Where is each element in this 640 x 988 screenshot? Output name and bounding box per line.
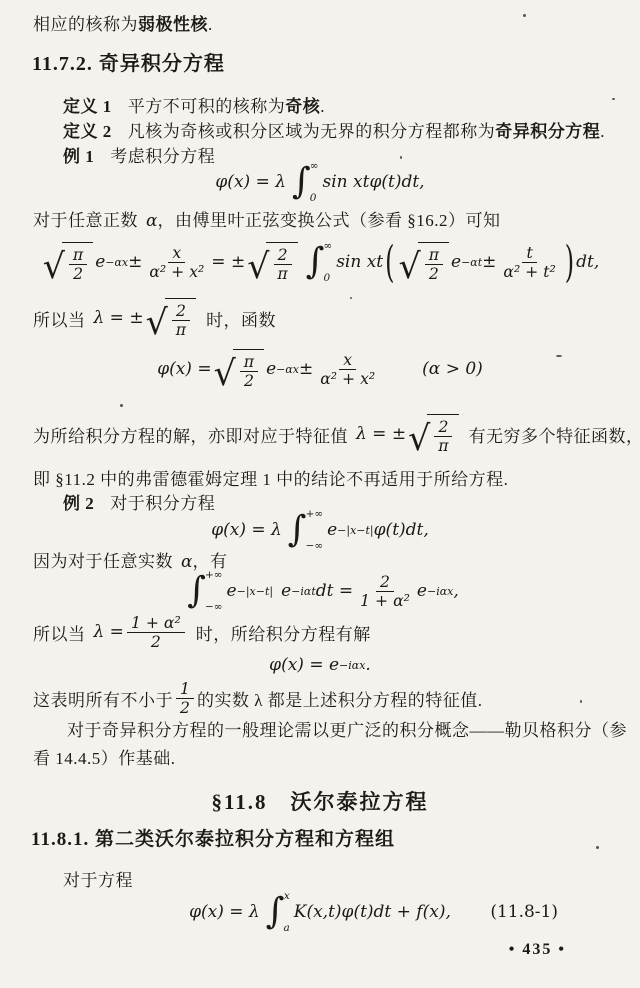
- fraction-numerator: x: [339, 351, 356, 370]
- math-run: e: [281, 581, 291, 601]
- exponent: −αx: [276, 363, 299, 376]
- math-run: dt,: [576, 252, 599, 272]
- text-run: 相应的核称为: [33, 15, 138, 34]
- paragraph-general-theory-line2: 看 14.4.5）作基础.: [33, 744, 176, 769]
- integral-limits: +∞−∞: [205, 568, 223, 614]
- scan-speck: [523, 14, 526, 17]
- radical-sign: √: [247, 250, 269, 285]
- paragraph-solution-line1: 为所给积分方程的解，亦即对应于特征值 λ = ± √2π 有无穷多个特征函数，: [33, 412, 640, 456]
- paragraph-solution-line2: 即 §11.2 中的弗雷德霍姆定理 1 中的结论不再适用于所给方程.: [33, 465, 508, 490]
- math-run: e: [95, 252, 105, 272]
- text-run: 所以当: [33, 306, 86, 331]
- radical-sign: √: [43, 250, 65, 285]
- math-run: φ(x) = λ: [189, 902, 260, 922]
- text-run: 对于任意正数: [33, 211, 138, 230]
- math-run: ±: [482, 252, 496, 272]
- fraction-denominator: π: [172, 321, 190, 339]
- fraction-numerator: π: [69, 246, 87, 265]
- integral-upper-limit: +∞: [205, 570, 223, 581]
- text-run: 为所给积分方程的解，亦即对应于特征值: [33, 422, 348, 447]
- radical-sign: √: [146, 306, 168, 341]
- text-run: .: [320, 97, 325, 116]
- integral: ∫+∞−∞: [288, 507, 323, 553]
- math-run: dt =: [316, 581, 353, 601]
- fraction: xα² + x²: [145, 244, 208, 281]
- exponent: −|x−t|: [237, 585, 273, 598]
- text-run: .: [208, 15, 213, 34]
- integral: ∫+∞−∞: [187, 568, 222, 614]
- math-run: e: [327, 520, 337, 540]
- definition-2: 定义 2凡核为奇核或积分区域为无界的积分方程都称为奇异积分方程.: [63, 117, 605, 142]
- fraction: π2: [69, 246, 87, 283]
- left-paren: (: [385, 240, 394, 283]
- math-run: = ±: [211, 252, 245, 272]
- text-run: 的实数 λ 都是上述积分方程的特征值.: [197, 686, 483, 711]
- fraction: tα² + t²: [499, 244, 559, 281]
- integral-lower-limit: 0: [323, 273, 330, 284]
- fraction-denominator: 2: [147, 633, 165, 651]
- sentence-lambda-condition-1: 所以当 λ = ± √2π 时，函数: [33, 296, 276, 340]
- text-run: 时，函数: [206, 306, 276, 331]
- radical: √π2: [399, 242, 449, 283]
- math-run: φ(x) = e: [269, 655, 339, 675]
- text-run: ，由傅里叶正弦变换公式（参看 §16.2）可知: [157, 211, 500, 230]
- fraction-numerator: 2: [172, 302, 190, 321]
- fraction-denominator: α² + t²: [499, 263, 559, 281]
- fraction: π2: [240, 353, 258, 390]
- integral-upper-limit: +∞: [306, 509, 324, 520]
- math-run: e: [417, 581, 427, 601]
- integral-limits: ∞0: [323, 239, 332, 285]
- integral-sign: ∫: [292, 166, 311, 198]
- right-paren: ): [565, 240, 574, 283]
- page-number: • 435 •: [509, 941, 566, 959]
- fraction: xα² + x²: [316, 351, 379, 388]
- math-run: K(x,t)φ(t)dt + f(x),: [294, 902, 451, 922]
- scan-speck: [612, 98, 615, 100]
- fraction: 2π: [434, 418, 452, 455]
- text-run: 所以当: [33, 620, 86, 645]
- radical-sign: √: [214, 357, 236, 392]
- math-run: sin xt: [336, 252, 383, 272]
- bold-term-singular-equation: 奇异积分方程: [495, 122, 600, 141]
- sentence-eigenvalue-conclusion: 这表明所有不小于 12 的实数 λ 都是上述积分方程的特征值.: [33, 678, 482, 718]
- math-run: λ = ±: [94, 308, 144, 328]
- text-run: .: [600, 122, 605, 141]
- radical-sign: √: [408, 422, 430, 457]
- definition-2-label: 定义 2: [63, 122, 112, 141]
- radical: √2π: [247, 242, 297, 283]
- integral-sign: ∫: [187, 575, 206, 607]
- integral-upper-limit: x: [284, 891, 290, 902]
- equation-number: (11.8-1): [490, 902, 558, 922]
- math-run: ±: [128, 252, 142, 272]
- fraction-denominator: 2: [176, 699, 194, 717]
- exponent: −iαt: [291, 585, 316, 598]
- integral-lower-limit: −∞: [306, 541, 324, 552]
- integral: ∫∞0: [292, 159, 319, 205]
- fraction-denominator: π: [273, 265, 291, 283]
- integral-lower-limit: a: [283, 923, 289, 934]
- integral-sign: ∫: [288, 514, 307, 546]
- exponent: −iαx: [339, 659, 365, 672]
- intro-line: 相应的核称为弱极性核.: [33, 10, 213, 35]
- integral-sign: ∫: [306, 246, 325, 278]
- bold-term-polar-kernel: 弱极性核: [138, 15, 208, 34]
- fraction-numerator: π: [240, 353, 258, 372]
- fraction-numerator: 1: [176, 680, 194, 699]
- scan-speck: [596, 846, 599, 849]
- scan-speck: [350, 297, 352, 299]
- equation-sine-transform: √π2 e−αx ± xα² + x² = ± √2π ∫∞0 sin xt (…: [20, 233, 620, 291]
- fraction-numerator: π: [425, 246, 443, 265]
- math-run: sin xtφ(t)dt,: [323, 172, 425, 192]
- scan-speck: [120, 404, 123, 407]
- integral-limits: +∞−∞: [306, 507, 324, 553]
- fraction-numerator: 2: [376, 573, 394, 592]
- sentence-lambda-condition-2: 所以当 λ = 1 + α²2 时，所给积分方程有解: [33, 611, 371, 653]
- math-run: φ(t)dt,: [374, 520, 429, 540]
- bold-term-singular-kernel: 奇核: [285, 97, 320, 116]
- integral-upper-limit: ∞: [323, 241, 332, 252]
- integral-upper-limit: ∞: [310, 161, 319, 172]
- definition-1-label: 定义 1: [63, 97, 112, 116]
- definition-1: 定义 1平方不可积的核称为奇核.: [63, 92, 325, 117]
- equation-volterra: φ(x) = λ ∫xa K(x,t)φ(t)dt + f(x), (11.8-…: [20, 888, 620, 936]
- text-run: 凡核为奇核或积分区域为无界的积分方程都称为: [128, 122, 496, 141]
- section-heading-11-8: §11.8 沃尔泰拉方程: [0, 786, 640, 816]
- fraction: π2: [425, 246, 443, 283]
- subsection-heading-11-8-1: 11.8.1. 第二类沃尔泰拉积分方程和方程组: [31, 824, 395, 851]
- section-heading-11-7-2: 11.7.2. 奇异积分方程: [32, 47, 225, 76]
- radical: √2π: [408, 414, 458, 455]
- math-run: φ(x) =: [157, 359, 211, 379]
- fraction-numerator: 1 + α²: [127, 614, 185, 633]
- integral-sign: ∫: [266, 896, 285, 928]
- fraction-numerator: t: [522, 244, 536, 263]
- fraction-denominator: 2: [69, 265, 87, 283]
- text-run: 这表明所有不小于: [33, 686, 173, 711]
- fraction: 2π: [172, 302, 190, 339]
- fraction-numerator: 2: [274, 246, 292, 265]
- fraction: 12: [176, 680, 194, 717]
- equation-sine-kernel: φ(x) = λ ∫∞0 sin xtφ(t)dt,: [20, 158, 620, 206]
- integral: ∫xa: [266, 889, 290, 935]
- fraction-numerator: x: [168, 244, 185, 263]
- paragraph-general-theory-line1: 对于奇异积分方程的一般理论需以更广泛的积分概念——勒贝格积分（参: [67, 716, 627, 741]
- fraction-denominator: α² + x²: [316, 370, 379, 388]
- fraction-denominator: 1 + α²: [356, 592, 414, 610]
- paragraph-fourier: 对于任意正数α，由傅里叶正弦变换公式（参看 §16.2）可知: [33, 206, 500, 231]
- math-run: φ(x) = λ: [215, 172, 286, 192]
- fraction: 21 + α²: [356, 573, 414, 610]
- fraction: 2π: [273, 246, 291, 283]
- math-run: λ =: [94, 622, 124, 642]
- math-run: e: [227, 581, 237, 601]
- math-run: λ = ±: [356, 424, 406, 444]
- equation-solution: φ(x) = e−iαx.: [20, 652, 620, 678]
- math-run: e: [451, 252, 461, 272]
- radical: √π2: [214, 349, 264, 390]
- fraction: 1 + α²2: [127, 614, 185, 651]
- exponent: −αx: [105, 256, 128, 269]
- text-run: 时，所给积分方程有解: [196, 620, 371, 645]
- equation-fourier-identity: ∫+∞−∞ e−|x−t| e−iαt dt = 21 + α² e−iαx ,: [20, 565, 620, 617]
- radical: √2π: [146, 298, 196, 339]
- math-run: .: [365, 655, 370, 675]
- exponent: −αt: [461, 256, 482, 269]
- radical: √π2: [43, 242, 93, 283]
- scan-speck: [580, 700, 582, 703]
- integral-limits: ∞0: [310, 159, 319, 205]
- integral-limits: xa: [283, 889, 289, 935]
- integral-lower-limit: 0: [310, 193, 317, 204]
- exponent: −iαx: [427, 585, 453, 598]
- math-run: (α > 0): [422, 359, 483, 379]
- equation-eigenfunction: φ(x) = √π2 e−αx ± xα² + x² (α > 0): [20, 343, 620, 395]
- fraction-denominator: 2: [425, 265, 443, 283]
- math-run: φ(x) = λ: [211, 520, 282, 540]
- fraction-denominator: α² + x²: [145, 263, 208, 281]
- fraction-denominator: π: [434, 437, 452, 455]
- math-run: α: [146, 211, 157, 231]
- math-run: ,: [453, 581, 458, 601]
- exponent: −|x−t|: [337, 524, 373, 537]
- integral: ∫∞0: [306, 239, 333, 285]
- fraction-numerator: 2: [434, 418, 452, 437]
- text-run: 平方不可积的核称为: [128, 97, 286, 116]
- fraction-denominator: 2: [240, 372, 258, 390]
- radical-sign: √: [399, 250, 421, 285]
- math-run: e: [266, 359, 276, 379]
- text-run: 有无穷多个特征函数，: [469, 422, 640, 447]
- math-run: ±: [299, 359, 313, 379]
- scanned-textbook-page: 相应的核称为弱极性核. 11.7.2. 奇异积分方程 定义 1平方不可积的核称为…: [0, 0, 640, 988]
